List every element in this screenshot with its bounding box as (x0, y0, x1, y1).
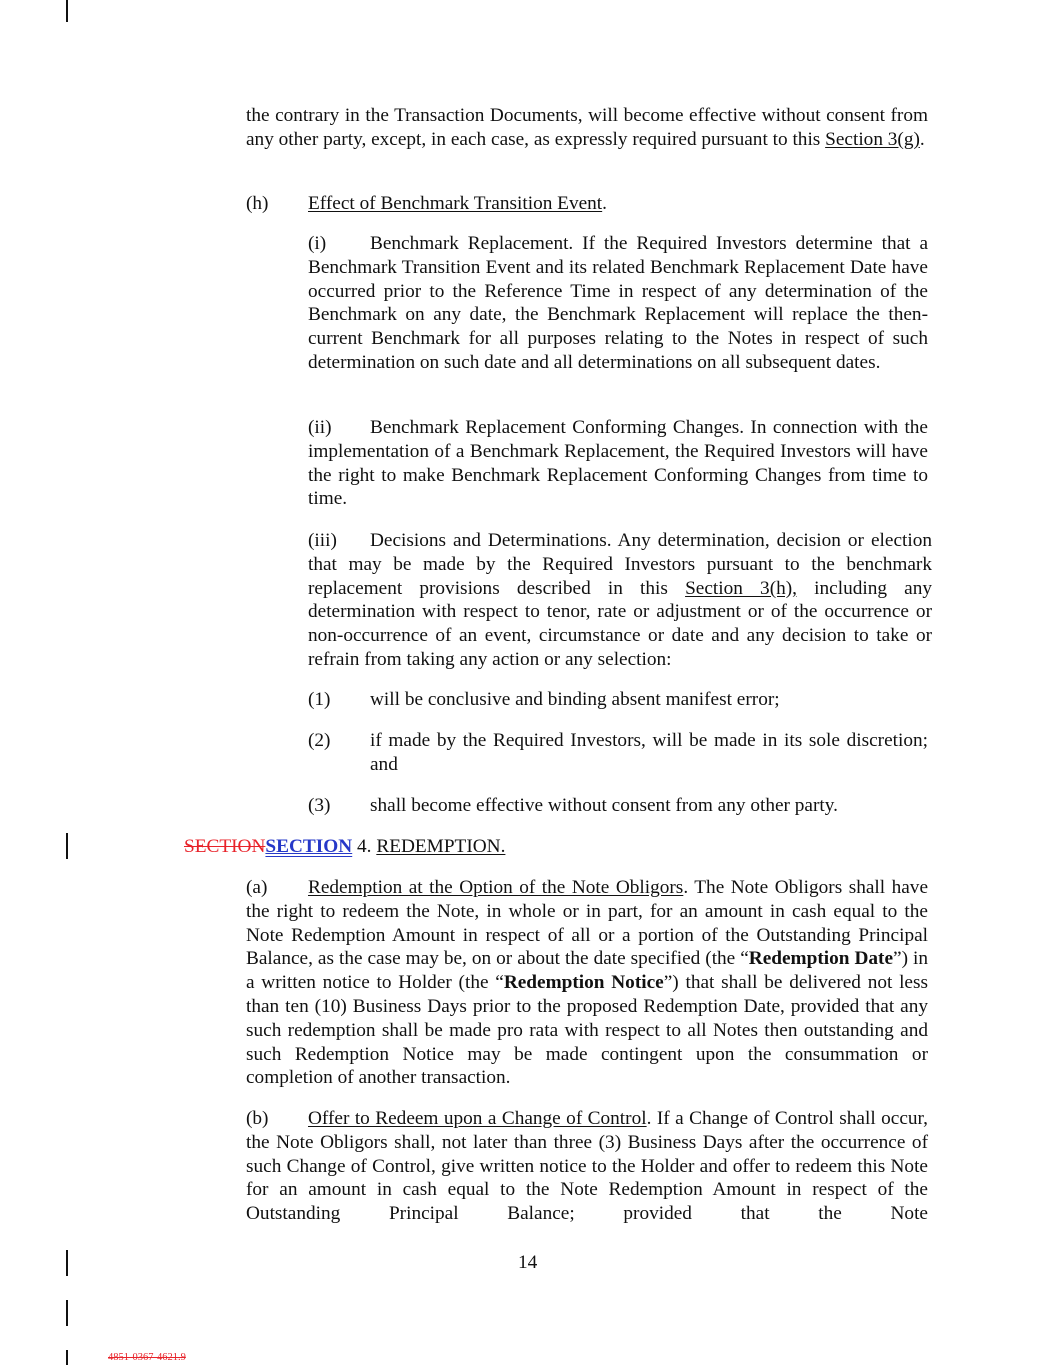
change-bar (66, 1300, 68, 1326)
paragraph-a: (a)Redemption at the Option of the Note … (246, 876, 928, 1090)
subsection-ii: (ii)Benchmark Replacement Conforming Cha… (308, 416, 928, 511)
list-item: (3) shall become effective without conse… (308, 794, 928, 818)
deleted-text: SECTION (184, 836, 265, 857)
paragraph-b: (b)Offer to Redeem upon a Change of Cont… (246, 1107, 928, 1226)
inserted-text: SECTION (265, 836, 352, 857)
section-3g-link[interactable]: Section 3(g) (825, 129, 920, 150)
subsection-i: (i)Benchmark Replacement. If the Require… (308, 232, 928, 375)
section-4-title: REDEMPTION. (376, 836, 505, 857)
section-h-heading: (h)Effect of Benchmark Transition Event. (246, 192, 928, 216)
change-bar (66, 1250, 68, 1276)
document-id: 4851-0367-4621.9 (108, 1352, 186, 1363)
section-4-heading: SECTIONSECTION 4. REDEMPTION. (184, 835, 884, 859)
list-item: (1) will be conclusive and binding absen… (308, 688, 928, 712)
change-bar (66, 1350, 68, 1365)
list-item: (2) if made by the Required Investors, w… (308, 729, 928, 777)
paragraph-b-title: Offer to Redeem upon a Change of Control (308, 1108, 647, 1129)
page-number: 14 (518, 1252, 537, 1274)
change-bar (66, 0, 68, 22)
paragraph-a-title: Redemption at the Option of the Note Obl… (308, 877, 683, 898)
continuation-paragraph: the contrary in the Transaction Document… (246, 104, 928, 152)
subsection-iii: (iii)Decisions and Determinations. Any d… (308, 529, 932, 672)
section-3h-link[interactable]: Section 3(h), (685, 578, 797, 599)
change-bar (66, 833, 68, 859)
section-h-title: Effect of Benchmark Transition Event (308, 193, 602, 214)
